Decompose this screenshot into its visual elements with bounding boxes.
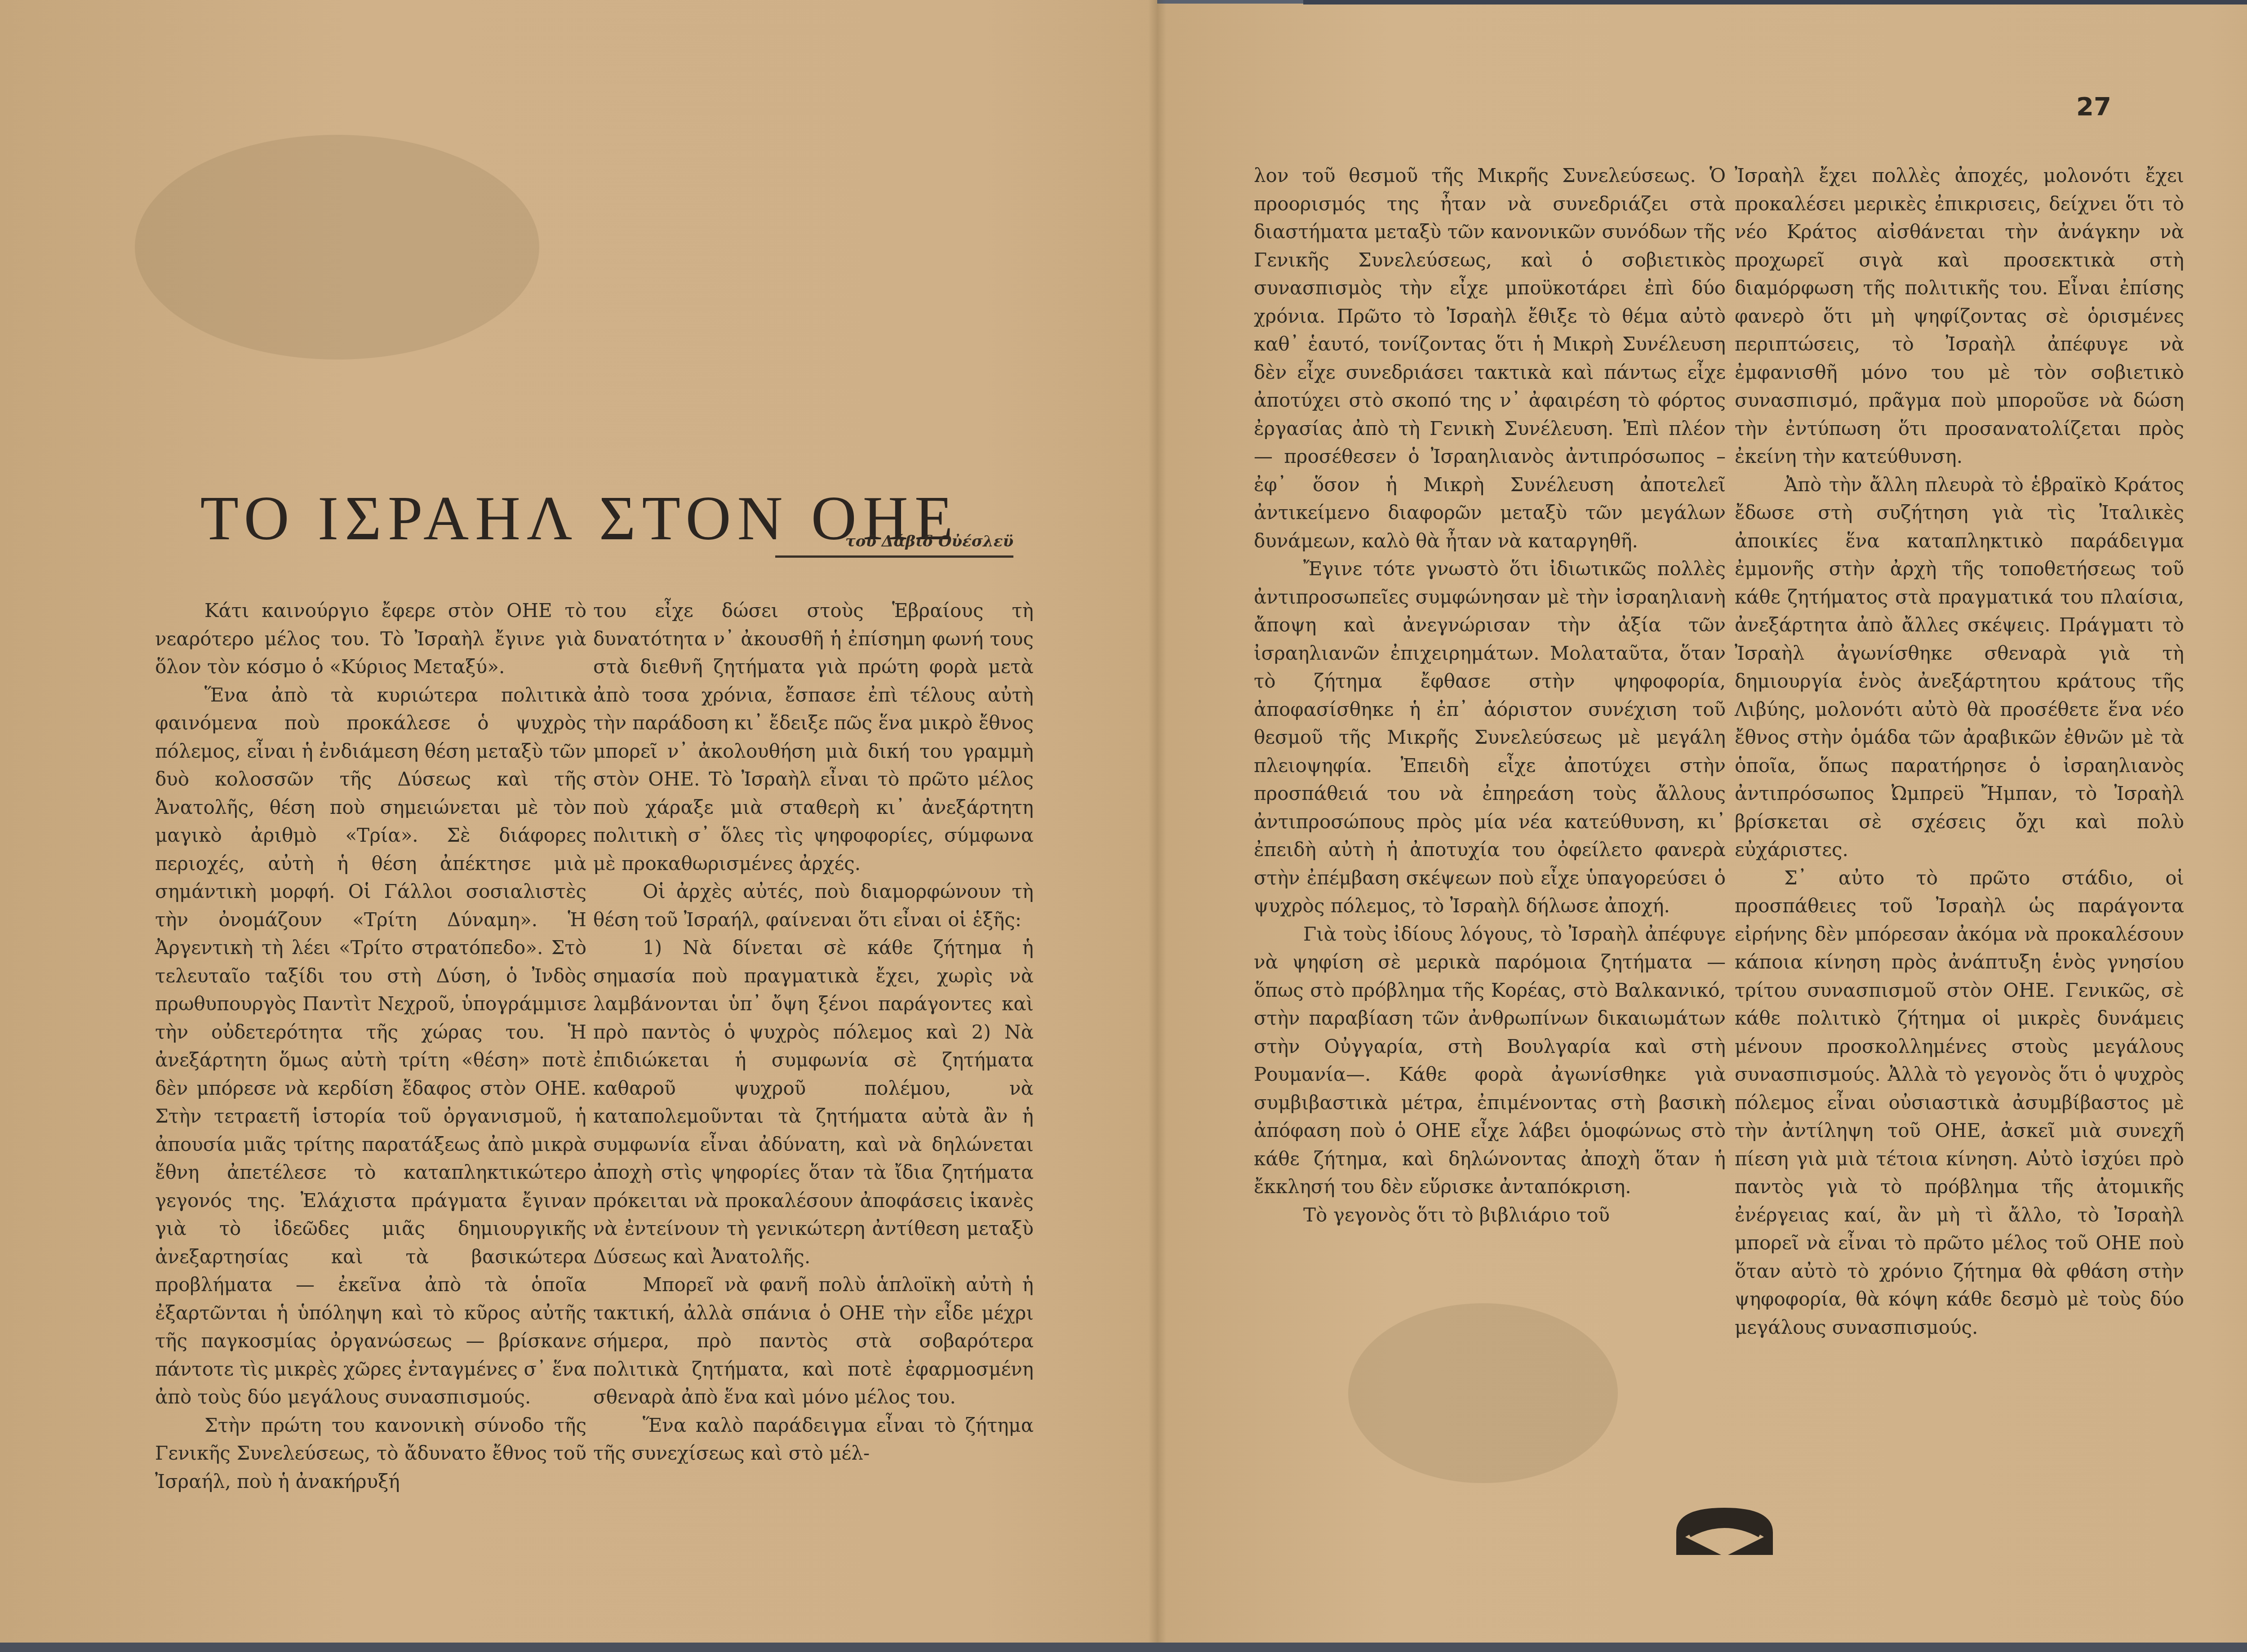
article-byline: τοῦ Δάβιδ Οὐέσλεϋ (764, 533, 1013, 551)
text-column-4: Ἰσραὴλ ἔχει πολλὲς ἀποχές, μολονότι ἔχει… (1735, 162, 2184, 1341)
paragraph: Ἰσραὴλ ἔχει πολλὲς ἀποχές, μολονότι ἔχει… (1735, 162, 2184, 471)
paragraph: Ἀπὸ τὴν ἄλλη πλευρὰ τὸ ἑβραϊκὸ Κράτος ἔδ… (1735, 471, 2184, 864)
paragraph: Σ᾽ αὐτο τὸ πρῶτο στάδιο, οἱ προσπάθειες … (1735, 864, 2184, 1342)
paper-stain (135, 135, 539, 360)
publisher-emblem-icon (1676, 1508, 1773, 1557)
text-column-2: του εἶχε δώσει στοὺς Ἑβραίους τὴ δυνατότ… (593, 597, 1034, 1468)
paragraph: Κάτι καινούργιο ἔφερε στὸν ΟΗΕ τὸ νεαρότ… (155, 597, 586, 681)
paragraph: Ἔγινε τότε γνωστὸ ὅτι ἰδιωτικῶς πολλὲς ἀ… (1254, 555, 1726, 920)
scan-edge-top (1303, 0, 2247, 4)
paragraph: του εἶχε δώσει στοὺς Ἑβραίους τὴ δυνατότ… (593, 597, 1034, 878)
paragraph: λον τοῦ θεσμοῦ τῆς Μικρῆς Συνελεύσεως. Ὁ… (1254, 162, 1726, 555)
paragraph: Μπορεῖ νὰ φανῆ πολὺ ἁπλοϊκὴ αὐτὴ ἡ τακτι… (593, 1271, 1034, 1412)
text-column-3: λον τοῦ θεσμοῦ τῆς Μικρῆς Συνελεύσεως. Ὁ… (1254, 162, 1726, 1229)
paragraph: Οἱ ἀρχὲς αὐτές, ποὺ διαμορφώνουν τὴ θέση… (593, 878, 1034, 934)
paragraph: Τὸ γεγονὸς ὅτι τὸ βιβλιάριο τοῦ (1254, 1201, 1726, 1230)
page-gutter (1148, 0, 1166, 1652)
paragraph: 1) Νὰ δίνεται σὲ κάθε ζήτημα ἡ σημασία π… (593, 934, 1034, 1271)
page-number: 27 (2076, 92, 2111, 121)
scan-edge-bottom (0, 1643, 2247, 1652)
paragraph: Ἕνα καλὸ παράδειγμα εἶναι τὸ ζήτημα τῆς … (593, 1412, 1034, 1468)
paper-stain (1348, 1303, 1618, 1483)
paragraph: Στὴν πρώτη του κανονικὴ σύνοδο τῆς Γενικ… (155, 1412, 586, 1496)
byline-underline (775, 555, 1013, 558)
text-column-1: Κάτι καινούργιο ἔφερε στὸν ΟΗΕ τὸ νεαρότ… (155, 597, 586, 1496)
paragraph: Ἕνα ἀπὸ τὰ κυριώτερα πολιτικὰ φαινόμενα … (155, 681, 586, 1412)
magazine-spread: ΤΟ ΙΣΡΑΗΛ ΣΤΟΝ ΟΗΕ τοῦ Δάβιδ Οὐέσλεϋ Κάτ… (0, 0, 2247, 1652)
paragraph: Γιὰ τοὺς ἰδίους λόγους, τὸ Ἰσραὴλ ἀπέφυγ… (1254, 920, 1726, 1201)
